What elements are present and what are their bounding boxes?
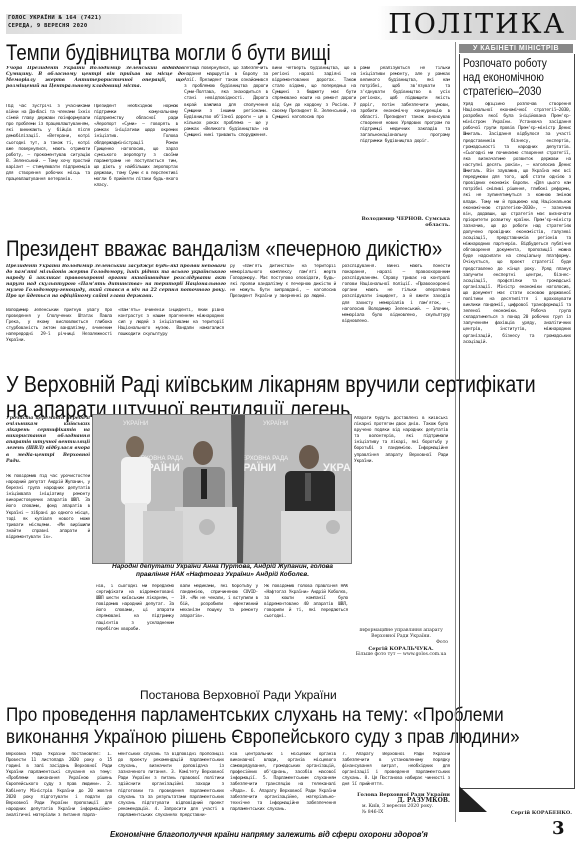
more-photos-link[interactable]: Більше фото тут — www.golos.com.ua — [354, 652, 448, 658]
article3-lead: Урочиста церемонія передачі очільникам к… — [6, 416, 90, 472]
article2-col2: «Пам'ять» вчиненій інциденті, який рівно… — [118, 308, 224, 364]
source-credit: Інформаційне управління апарату Верховно… — [354, 628, 448, 640]
article1-lead: Учора Президент України Володимир Зеленс… — [6, 66, 184, 102]
article2-col4: розслідування. Винні мають понести покар… — [342, 264, 450, 364]
article2-col3: ру «Пам'ять дитинства» на території мемо… — [230, 264, 336, 364]
article3-photo-caption: Народні депутати України Анна Пуртова, А… — [100, 563, 345, 579]
article4-col1: Верховна Рада України постановляє: 1. Пр… — [6, 752, 112, 822]
article3-col3: вали медиками, які боротьбу у пандемією,… — [180, 584, 258, 684]
article1-col2: Президент необхідною нормою підтримки ко… — [94, 104, 178, 230]
page-fold-corner — [459, 786, 487, 812]
article1-author: Володимир ЧЕРНОВ. Сумська область. — [360, 216, 450, 228]
article4-headline: Про проведення парламентських слухань на… — [6, 705, 520, 749]
article2-col1: Володимир Зеленський пригнув увагу про п… — [6, 308, 112, 364]
article1-col3: летища повернулися, що забезпечить надан… — [184, 66, 268, 230]
signature-number: № 846-IX — [342, 810, 450, 816]
svg-text:УКРАЇНИ: УКРАЇНИ — [263, 420, 288, 427]
article4-headline-line2: виконання Україною рішень Європейського … — [6, 727, 520, 749]
backdrop-text-1: УКРАЇНИ — [123, 420, 148, 427]
svg-text:РАЇНИ: РАЇНИ — [243, 461, 276, 474]
section-title: ПОЛІТИКА — [388, 9, 566, 40]
paper-date: СЕРЕДА, 9 ВЕРЕСНЯ 2020 — [6, 22, 182, 30]
article3-credits: Інформаційне управління апарату Верховно… — [354, 628, 448, 658]
sidebar-kicker: У КАБІНЕТІ МІНІСТРІВ — [459, 44, 573, 53]
article4-col2: ментських слухань та відповідні пропозиц… — [118, 752, 224, 822]
article3-photo: УКРАЇНИ УКРАЇНИ ВЕРХОВНА РАДА УКРАЇНИ ВЕ… — [92, 414, 352, 564]
press-conference-photo: УКРАЇНИ УКРАЇНИ ВЕРХОВНА РАДА УКРАЇНИ ВЕ… — [93, 415, 351, 563]
sidebar-body: Уряд офіційно розпочав створення Націона… — [463, 102, 571, 808]
article3-col2: нів, і сьогодні ми передаємо сертифікати… — [96, 584, 174, 684]
sidebar-headline: Розпочато роботу над економічною стратег… — [463, 56, 555, 98]
masthead: ГОЛОС УКРАЇНИ № 164 (7421) СЕРЕДА, 9 ВЕР… — [6, 14, 182, 34]
article2-headline: Президент вважає вандалізм «печерною дик… — [6, 236, 442, 262]
article1-col5: рами реалізуються не тільки ініціативи р… — [360, 66, 450, 216]
article4-col3: ків центральних і місцевих органів викон… — [230, 752, 336, 822]
article1-col1: Під час зустрічі з учасниками війни на Д… — [6, 104, 90, 230]
section-banner: ПОЛІТИКА — [378, 6, 576, 40]
article4-signature: Голова Верховної Ради України Д. РАЗУМКО… — [342, 792, 450, 816]
article4-headline-line1: Про проведення парламентських слухань на… — [6, 705, 520, 727]
article1-col4: вини четверть будівництва, що в регіоні … — [272, 66, 356, 230]
footer-slogan: Економічне благополуччя країни напряму з… — [110, 830, 428, 839]
article3-col4: Як повідомив голова правління НАК «Нафто… — [264, 584, 348, 684]
page-number: 3 — [552, 818, 565, 839]
article4-kicker: Постанова Верховної Ради України — [140, 688, 337, 702]
article1-headline: Темпи будівництва могли б бути вищі — [6, 40, 331, 66]
article3-col5: Апарати будуть доставлені в київські лік… — [354, 416, 448, 626]
article2-lead: Президент України Володимир Зеленський з… — [6, 264, 226, 306]
article4-col4: 7. Апарату Верховної Ради України забезп… — [342, 752, 450, 790]
article3-col1: Як повідомив під час урочистостей народн… — [6, 474, 90, 684]
paper-issue: ГОЛОС УКРАЇНИ № 164 (7421) — [6, 14, 182, 22]
sidebar-author: Сергій КОРАБЕНКО. — [480, 810, 572, 816]
